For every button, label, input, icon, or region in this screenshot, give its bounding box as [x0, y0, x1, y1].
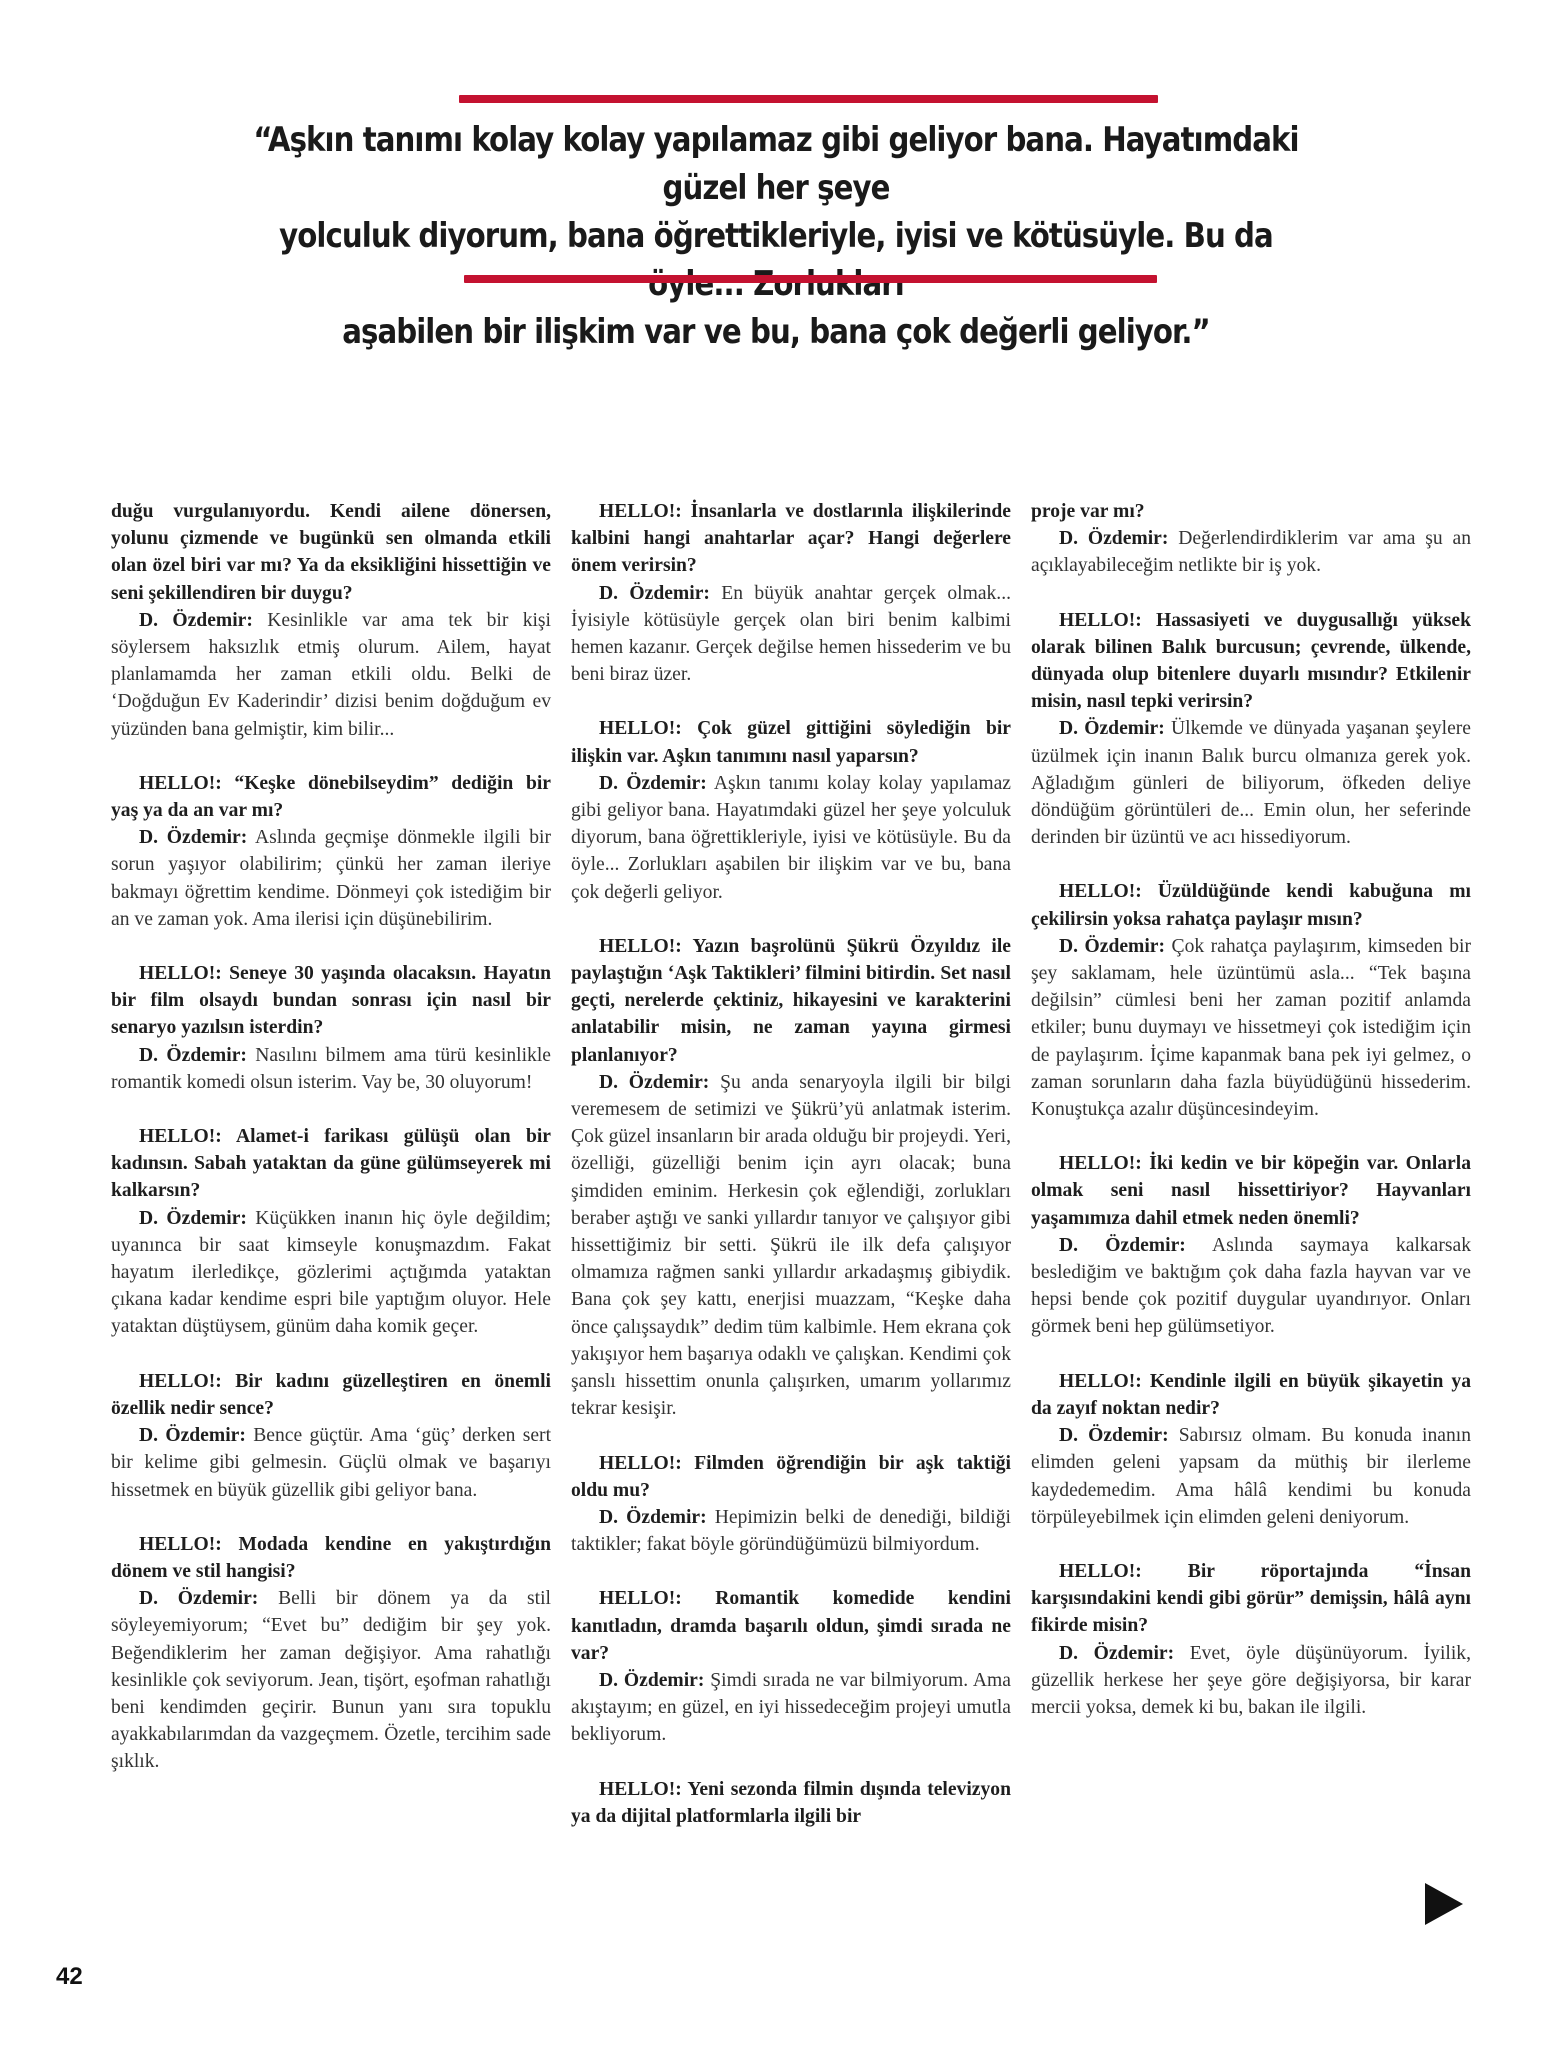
interviewer-label: HELLO!:	[599, 1453, 682, 1474]
interviewee-label: D. Özdemir:	[1059, 1235, 1186, 1256]
pullquote-line: aşabilen bir ilişkim var ve bu, bana çok…	[246, 308, 1306, 356]
pullquote-top-rule	[459, 95, 1158, 103]
interview-answer: D. Özdemir: Ülkemde ve dünyada yaşanan ş…	[1031, 715, 1471, 851]
interviewee-label: D. Özdemir:	[1059, 528, 1168, 549]
paragraph-gap	[1031, 1123, 1471, 1150]
interview-question: HELLO!: Bir kadını güzelleştiren en önem…	[111, 1368, 551, 1422]
answer-text: Belli bir dönem ya da stil söyleyemiyoru…	[111, 1588, 551, 1772]
article-column-3: proje var mı?D. Özdemir: Değerlendirdikl…	[1031, 498, 1471, 1721]
article-column-2: HELLO!: İnsanlarla ve dostlarınla ilişki…	[571, 498, 1011, 1830]
interview-question: HELLO!: “Keşke dönebilseydim” dediğin bi…	[111, 770, 551, 824]
interviewee-label: D. Özdemir:	[139, 1208, 247, 1229]
interview-answer: D. Özdemir: Aşkın tanımı kolay kolay yap…	[571, 770, 1011, 906]
interviewee-label: D. Özdemir:	[139, 1425, 246, 1446]
pullquote: “Aşkın tanımı kolay kolay yapılamaz gibi…	[246, 116, 1306, 356]
interview-answer: D. Özdemir: Şu anda senaryoyla ilgili bi…	[571, 1069, 1011, 1423]
interview-answer: D. Özdemir: Evet, öyle düşünüyorum. İyil…	[1031, 1640, 1471, 1722]
interview-question: HELLO!: Modada kendine en yakıştırdığın …	[111, 1531, 551, 1585]
interviewer-label: HELLO!:	[599, 718, 682, 739]
paragraph-gap	[571, 1423, 1011, 1450]
interviewee-label: D. Özdemir:	[1059, 936, 1165, 957]
interview-answer: D. Özdemir: Bence güçtür. Ama ‘güç’ derk…	[111, 1422, 551, 1504]
interview-answer: D. Özdemir: Çok rahatça paylaşırım, kims…	[1031, 933, 1471, 1123]
interviewer-label: HELLO!:	[1059, 1153, 1142, 1174]
interview-question: duğu vurgulanıyordu. Kendi ailene döners…	[111, 498, 551, 607]
interview-question: proje var mı?	[1031, 498, 1471, 525]
interviewee-label: D. Özdemir:	[1059, 1643, 1174, 1664]
interviewer-label: HELLO!:	[1059, 881, 1142, 902]
interviewer-label: HELLO!:	[139, 1371, 222, 1392]
interview-question: HELLO!: Alamet-i farikası gülüşü olan bi…	[111, 1123, 551, 1205]
paragraph-gap	[1031, 580, 1471, 607]
interviewee-label: D. Özdemir:	[599, 773, 707, 794]
interview-question: HELLO!: Filmden öğrendiğin bir aşk takti…	[571, 1450, 1011, 1504]
question-text: proje var mı?	[1031, 501, 1145, 522]
interviewer-label: HELLO!:	[1059, 1561, 1142, 1582]
paragraph-gap	[111, 743, 551, 770]
interview-question: HELLO!: Seneye 30 yaşında olacaksın. Hay…	[111, 960, 551, 1042]
interviewer-label: HELLO!:	[599, 501, 682, 522]
interviewer-label: HELLO!:	[599, 936, 682, 957]
interview-answer: D. Özdemir: Hepimizin belki de denediği,…	[571, 1504, 1011, 1558]
paragraph-gap	[111, 933, 551, 960]
interview-question: HELLO!: Çok güzel gittiğini söylediğin b…	[571, 715, 1011, 769]
interview-question: HELLO!: Romantik komedide kendini kanıtl…	[571, 1585, 1011, 1667]
interview-answer: D. Özdemir: Aslında geçmişe dönmekle ilg…	[111, 824, 551, 933]
interviewer-label: HELLO!:	[599, 1588, 682, 1609]
interviewee-label: D. Özdemir:	[139, 1045, 247, 1066]
page-number: 42	[56, 1963, 83, 1991]
interview-question: HELLO!: Hassasiyeti ve duygusallığı yüks…	[1031, 607, 1471, 716]
interview-answer: D. Özdemir: Şimdi sırada ne var bilmiyor…	[571, 1667, 1011, 1749]
interview-question: HELLO!: Yazın başrolünü Şükrü Özyıldız i…	[571, 933, 1011, 1069]
paragraph-gap	[571, 1558, 1011, 1585]
pullquote-bottom-rule	[464, 275, 1157, 283]
interviewee-label: D. Özdemir:	[599, 1507, 707, 1528]
interview-answer: D. Özdemir: Aslında saymaya kalkarsak be…	[1031, 1232, 1471, 1341]
paragraph-gap	[571, 906, 1011, 933]
paragraph-gap	[111, 1341, 551, 1368]
interviewee-label: D. Özdemir:	[139, 827, 247, 848]
interviewer-label: HELLO!:	[139, 1126, 222, 1147]
article-column-1: duğu vurgulanıyordu. Kendi ailene döners…	[111, 498, 551, 1776]
interview-answer: D. Özdemir: Nasılını bilmem ama türü kes…	[111, 1042, 551, 1096]
pullquote-line: “Aşkın tanımı kolay kolay yapılamaz gibi…	[246, 116, 1306, 212]
interview-answer: D. Özdemir: Belli bir dönem ya da stil s…	[111, 1585, 551, 1775]
triangle-right-icon	[1425, 1883, 1463, 1925]
interview-question: HELLO!: Kendinle ilgili en büyük şikayet…	[1031, 1368, 1471, 1422]
interview-answer: D. Özdemir: En büyük anahtar gerçek olma…	[571, 580, 1011, 689]
interview-question: HELLO!: Yeni sezonda filmin dışında tele…	[571, 1776, 1011, 1830]
interviewee-label: D. Özdemir:	[1059, 1425, 1169, 1446]
interviewee-label: D. Özdemir:	[139, 1588, 258, 1609]
paragraph-gap	[111, 1504, 551, 1531]
interviewer-label: HELLO!:	[1059, 1371, 1142, 1392]
interview-answer: D. Özdemir: Küçükken inanın hiç öyle değ…	[111, 1205, 551, 1341]
interview-answer: D. Özdemir: Değerlendirdiklerim var ama …	[1031, 525, 1471, 579]
interviewee-label: D. Özdemir:	[1059, 718, 1165, 739]
question-text: duğu vurgulanıyordu. Kendi ailene döners…	[111, 501, 551, 604]
interviewee-label: D. Özdemir:	[599, 583, 710, 604]
paragraph-gap	[1031, 1341, 1471, 1368]
paragraph-gap	[1031, 851, 1471, 878]
answer-text: Şu anda senaryoyla ilgili bir bilgi vere…	[571, 1072, 1011, 1419]
paragraph-gap	[571, 688, 1011, 715]
interview-answer: D. Özdemir: Kesinlikle var ama tek bir k…	[111, 607, 551, 743]
paragraph-gap	[571, 1749, 1011, 1776]
interview-question: HELLO!: Üzüldüğünde kendi kabuğuna mı çe…	[1031, 878, 1471, 932]
interview-question: HELLO!: Bir röportajında “İnsan karşısın…	[1031, 1558, 1471, 1640]
interview-question: HELLO!: İki kedin ve bir köpeğin var. On…	[1031, 1150, 1471, 1232]
interview-question: HELLO!: İnsanlarla ve dostlarınla ilişki…	[571, 498, 1011, 580]
answer-text: Çok rahatça paylaşırım, kimseden bir şey…	[1031, 936, 1471, 1120]
interview-answer: D. Özdemir: Sabırsız olmam. Bu konuda in…	[1031, 1422, 1471, 1531]
interviewee-label: D. Özdemir:	[139, 610, 253, 631]
interviewer-label: HELLO!:	[599, 1779, 682, 1800]
interviewee-label: D. Özdemir:	[599, 1670, 704, 1691]
paragraph-gap	[1031, 1531, 1471, 1558]
interviewer-label: HELLO!:	[1059, 610, 1142, 631]
pullquote-line: yolculuk diyorum, bana öğrettikleriyle, …	[246, 212, 1306, 308]
interviewer-label: HELLO!:	[139, 1534, 222, 1555]
paragraph-gap	[111, 1096, 551, 1123]
interviewer-label: HELLO!:	[139, 773, 222, 794]
interviewee-label: D. Özdemir:	[599, 1072, 709, 1093]
interviewer-label: HELLO!:	[139, 963, 222, 984]
